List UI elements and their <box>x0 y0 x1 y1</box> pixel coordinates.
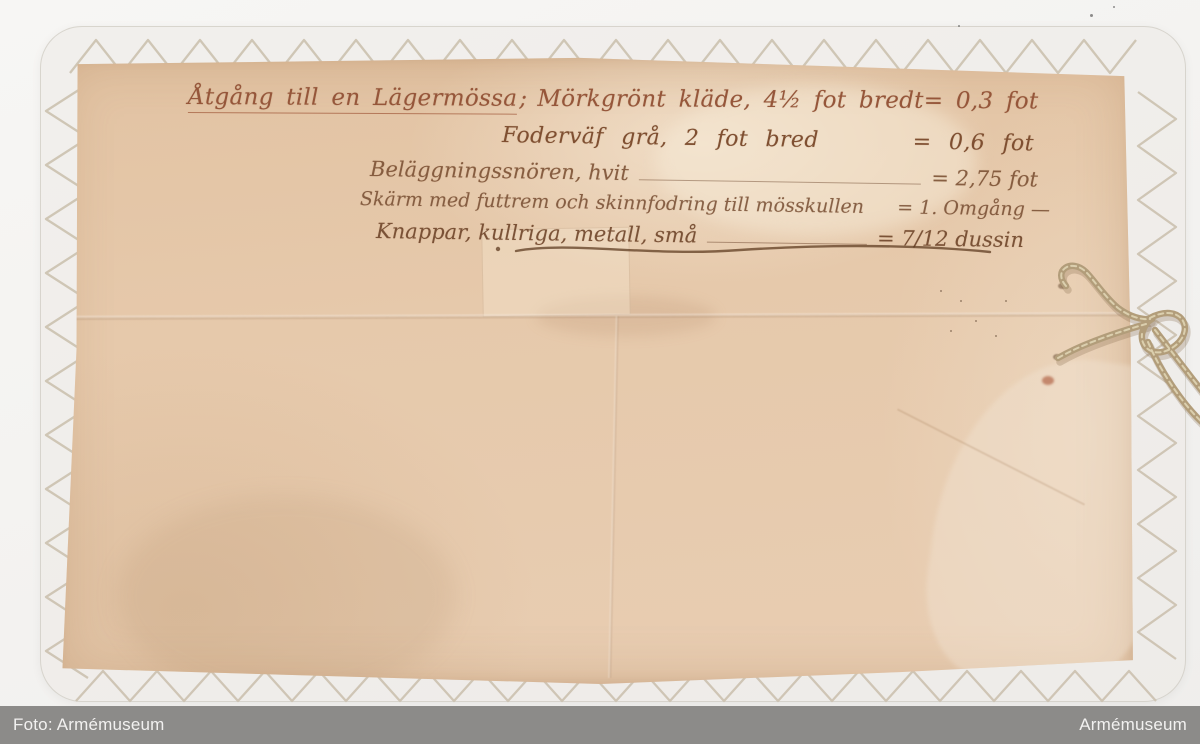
twine-strand <box>1058 324 1146 358</box>
museum-photo: Åtgång till en Lägermössa;Mörkgrönt kläd… <box>0 0 1200 744</box>
flourish-dot <box>496 247 500 251</box>
credit-right: Armémuseum <box>1079 715 1187 735</box>
flourish-underline <box>516 246 990 252</box>
credit-left: Foto: Armémuseum <box>13 715 165 735</box>
credit-bar: Foto: Armémuseum Armémuseum <box>0 706 1200 744</box>
decor-svg <box>0 0 1200 744</box>
twine-strand <box>1061 266 1150 319</box>
twine-bow <box>1058 266 1200 428</box>
